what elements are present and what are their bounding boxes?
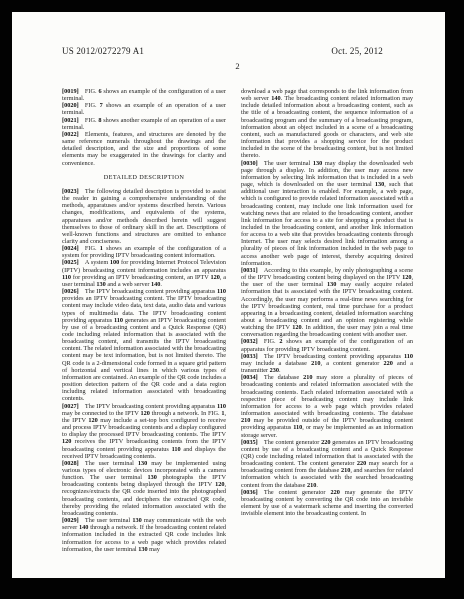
- paragraph-number: [0032]: [241, 338, 258, 345]
- paragraph-number: [0020]: [62, 102, 79, 109]
- patent-page: US 2012/0272279 A1 Oct. 25, 2012 2 [0019…: [12, 12, 445, 578]
- paragraph-number: [0027]: [62, 403, 79, 410]
- paragraph: [0034] The database 210 may store a plur…: [241, 374, 413, 438]
- paragraph-number: [0034]: [241, 374, 258, 381]
- paragraph: [0032] FIG. 2 shows an example of the co…: [241, 338, 413, 352]
- paragraph: [0028] The user terminal 130 may be impl…: [62, 460, 226, 517]
- paragraph-number: [0029]: [62, 517, 79, 524]
- paragraph: [0019] FIG. 6 shows an example of the co…: [62, 88, 226, 102]
- paragraph: [0024] FIG. 1 shows an example of the co…: [62, 245, 226, 259]
- paragraph: [0029] The user terminal 130 may communi…: [62, 517, 226, 553]
- paragraph-number: [0022]: [62, 131, 79, 138]
- publication-number: US 2012/0272279 A1: [62, 46, 144, 56]
- paragraph: [0023] The following detailed descriptio…: [62, 188, 226, 245]
- paragraph-number: [0026]: [62, 288, 79, 295]
- paragraph-number: [0036]: [241, 489, 258, 496]
- document-body: [0019] FIG. 6 shows an example of the co…: [62, 88, 413, 553]
- scan-background: US 2012/0272279 A1 Oct. 25, 2012 2 [0019…: [0, 0, 464, 599]
- paragraph: [0036] The content generator 220 may gen…: [241, 489, 413, 518]
- paragraph-number: [0030]: [241, 160, 258, 167]
- paragraph: [0022] Elements, features, and structure…: [62, 131, 226, 167]
- paragraph-number: [0021]: [62, 117, 79, 124]
- paragraph: [0027] The IPTV broadcasting content pro…: [62, 403, 226, 460]
- paragraph-number: [0025]: [62, 259, 79, 266]
- left-column: [0019] FIG. 6 shows an example of the co…: [62, 88, 226, 553]
- paragraph-number: [0024]: [62, 245, 79, 252]
- page-header: US 2012/0272279 A1 Oct. 25, 2012: [62, 46, 383, 56]
- page-number: 2: [62, 61, 413, 71]
- right-column: download a web page that corresponds to …: [241, 88, 413, 553]
- paragraph-number: [0023]: [62, 188, 79, 195]
- paragraph: [0025] A system 100 for providing Intern…: [62, 259, 226, 288]
- paragraph-number: [0035]: [241, 439, 258, 446]
- paragraph: [0033] The IPTV broadcasting content pro…: [241, 353, 413, 374]
- paragraph: [0021] FIG. 8 shows another example of a…: [62, 117, 226, 131]
- paragraph-number: [0028]: [62, 460, 79, 467]
- paragraph-number: [0019]: [62, 88, 79, 95]
- paragraph-number: [0033]: [241, 353, 258, 360]
- paragraph: [0026] The IPTV broadcasting content pro…: [62, 288, 226, 403]
- paragraph: [0030] The user terminal 130 may display…: [241, 160, 413, 267]
- paragraph: [0035] The content generator 220 generat…: [241, 439, 413, 489]
- publication-date: Oct. 25, 2012: [331, 46, 383, 56]
- paragraph: download a web page that corresponds to …: [241, 88, 413, 160]
- section-heading: DETAILED DESCRIPTION: [62, 174, 226, 181]
- paragraph-number: [0031]: [241, 267, 258, 274]
- paragraph: [0031] According to this example, by onl…: [241, 267, 413, 339]
- paragraph: [0020] FIG. 7 shows an example of an ope…: [62, 102, 226, 116]
